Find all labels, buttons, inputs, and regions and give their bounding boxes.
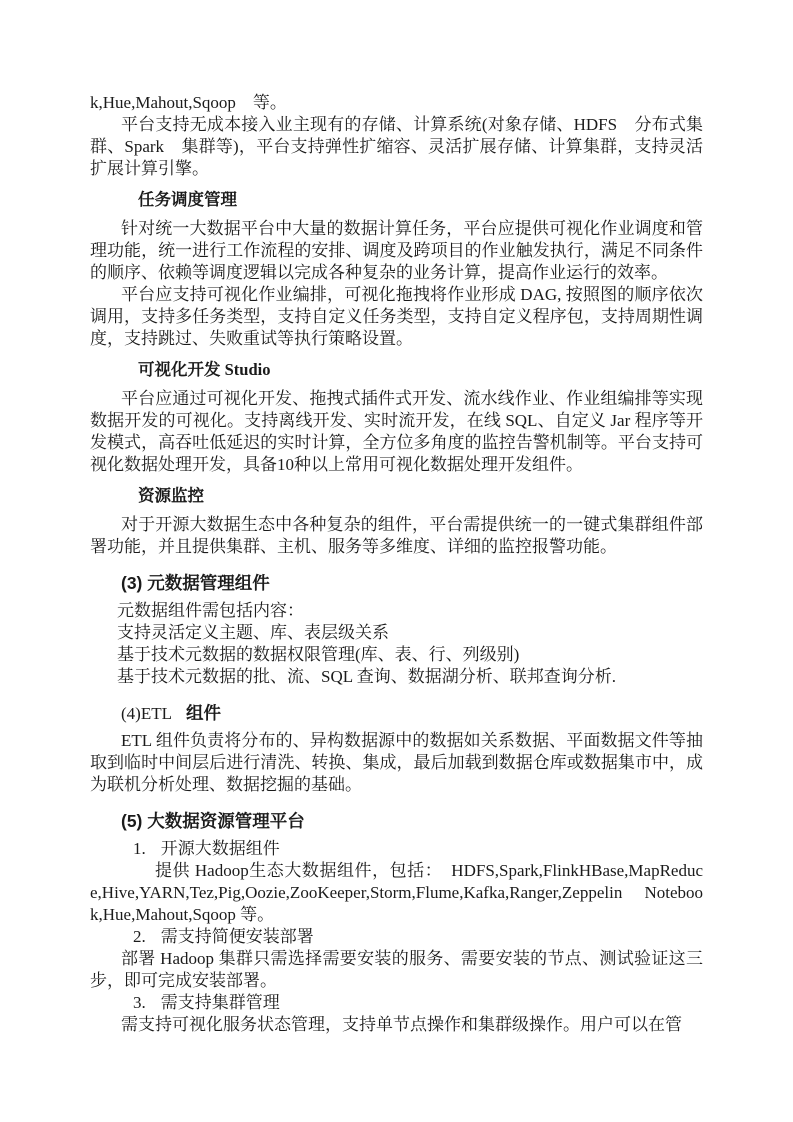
document-page: k,Hue,Mahout,Sqoop 等。 平台支持无成本接入业主现有的存储、计… <box>0 0 793 1122</box>
resource-monitor-paragraph: 对于开源大数据生态中各种复杂的组件，平台需提供统一的一键式集群组件部署功能，并且… <box>90 514 703 558</box>
metadata-line-4: 基于技术元数据的批、流、SQL 查询、数据湖分析、联邦查询分析. <box>90 666 703 688</box>
page-content: k,Hue,Mahout,Sqoop 等。 平台支持无成本接入业主现有的存储、计… <box>0 0 793 1036</box>
heading-resource-monitor: 资源监控 <box>90 485 703 507</box>
list-item-3-text: 需支持集群管理 <box>161 993 280 1012</box>
metadata-line-1: 元数据组件需包括内容： <box>90 600 703 622</box>
list-item-3-body: 需支持可视化服务状态管理，支持单节点操作和集群级操作。用户可以在管 <box>90 1014 703 1036</box>
list-item-1-body: 提供 Hadoop生态大数据组件，包括： HDFS,Spark,FlinkHBa… <box>90 860 703 926</box>
etl-paragraph: ETL 组件负责将分布的、异构数据源中的数据如关系数据、平面数据文件等抽取到临时… <box>90 730 703 796</box>
list-item-2-text: 需支持简便安装部署 <box>161 927 314 946</box>
metadata-line-3: 基于技术元数据的数据权限管理(库、表、行、列级别) <box>90 644 703 666</box>
heading-task-scheduling: 任务调度管理 <box>90 189 703 211</box>
list-item-2-number: 2. <box>133 927 146 946</box>
list-item-1-text: 开源大数据组件 <box>161 839 280 858</box>
heading-etl-component: (4)ETL组件 <box>90 702 703 725</box>
list-item-1-number: 1. <box>133 839 146 858</box>
etl-heading-label: 组件 <box>186 703 221 723</box>
list-item-1-label: 1.开源大数据组件 <box>90 838 703 860</box>
list-item-3-number: 3. <box>133 993 146 1012</box>
heading-metadata-component: (3) 元数据管理组件 <box>90 572 703 595</box>
intro-paragraph: 平台支持无成本接入业主现有的存储、计算系统(对象存储、HDFS 分布式集群、Sp… <box>90 114 703 180</box>
metadata-line-2: 支持灵活定义主题、库、表层级关系 <box>90 622 703 644</box>
etl-heading-number: (4)ETL <box>121 704 172 723</box>
continuation-line: k,Hue,Mahout,Sqoop 等。 <box>90 92 703 114</box>
list-item-3-label: 3.需支持集群管理 <box>90 992 703 1014</box>
task-scheduling-paragraph-1: 针对统一大数据平台中大量的数据计算任务，平台应提供可视化作业调度和管理功能，统一… <box>90 218 703 284</box>
task-scheduling-paragraph-2: 平台应支持可视化作业编排，可视化拖拽将作业形成 DAG, 按照图的顺序依次调用，… <box>90 284 703 350</box>
heading-visual-studio: 可视化开发 Studio <box>90 359 703 381</box>
list-item-2-label: 2.需支持简便安装部署 <box>90 926 703 948</box>
heading-bigdata-platform: (5) 大数据资源管理平台 <box>90 810 703 833</box>
visual-studio-paragraph: 平台应通过可视化开发、拖拽式插件式开发、流水线作业、作业组编排等实现数据开发的可… <box>90 388 703 476</box>
list-item-2-body: 部署 Hadoop 集群只需选择需要安装的服务、需要安装的节点、测试验证这三步，… <box>90 948 703 992</box>
